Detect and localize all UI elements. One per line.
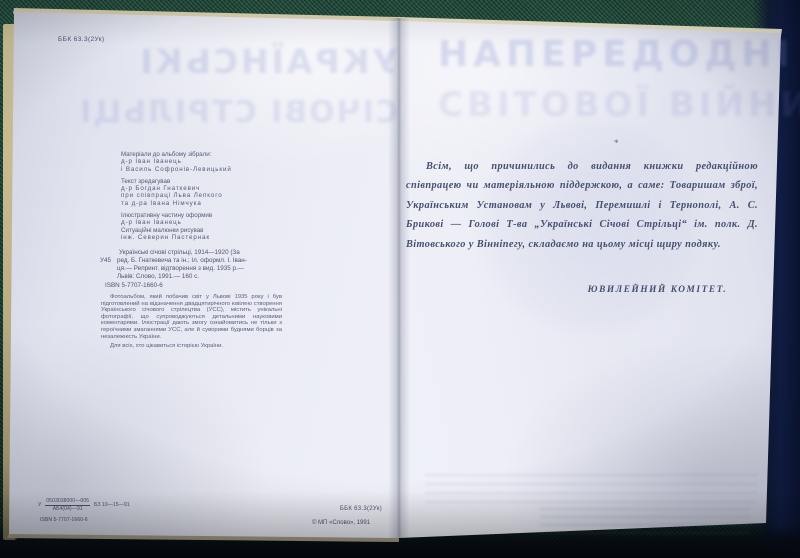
credits-line: при співпраці Льва Лепкого: [121, 192, 296, 199]
credits-block: Матеріали до альбому зібрали: д-р Іван І…: [121, 151, 296, 246]
section-asterisk: *: [614, 138, 619, 148]
annotation-tagline: Для всіх, хто цікавиться історією Україн…: [101, 343, 282, 350]
code-denominator: АБ4(04)—91: [53, 506, 83, 513]
ghost-text-line: НАПЕРЕДОДНІ: [438, 34, 768, 75]
credits-line: Текст зредагував: [121, 178, 296, 185]
bleedthrough-paragraph: [425, 474, 757, 504]
catalog-line: Львів: Слово, 1991.— 160 с.: [100, 273, 288, 281]
print-order-code: У 0503038000—005 АБ4(04)—91 БЗ 10—15—91: [38, 498, 130, 512]
left-page-bleedthrough-title: УКРАЇНСЬКІ СІЧОВІ СТРІЛЬЦІ: [150, 42, 398, 130]
isbn-footer: ISBN 5-7707-1660-6: [40, 517, 130, 523]
annotation-block: Фотоальбом, який побачив світ у Львові 1…: [101, 294, 282, 350]
ghost-text-line: СІЧОВІ СТРІЛЬЦІ: [150, 95, 398, 130]
catalog-line: Українські січові стрільці, 1914—1920 (З…: [100, 249, 288, 257]
bbk-classification-header: ББК 63.3(2Ук): [58, 36, 105, 43]
imprint-codes: У 0503038000—005 АБ4(04)—91 БЗ 10—15—91 …: [38, 498, 130, 523]
bleedthrough-paragraph: [540, 508, 750, 536]
dedication-paragraph: Всім, що причинились до видання книжки р…: [406, 157, 758, 254]
credits-line: Матеріали до альбому зібрали:: [121, 151, 296, 158]
ghost-text-line: УКРАЇНСЬКІ: [150, 42, 398, 81]
catalog-index-code: У45: [100, 257, 111, 265]
credits-group-compilers: Матеріали до альбому зібрали: д-р Іван І…: [121, 151, 296, 173]
code-suffix: БЗ 10—15—91: [94, 502, 130, 508]
credits-line: інж. Северин Пастернак: [121, 234, 296, 241]
catalog-line: ця.— Репринт. відтворення з вид. 1935 р.…: [100, 265, 288, 273]
code-numerator: 0503038000—005: [45, 498, 90, 506]
bbk-classification-footer: ББК 63.3(2Ук): [312, 506, 382, 512]
credits-line: д-р Іван Іванець: [121, 219, 296, 226]
catalog-isbn: ISBN 5-7707-1660-6: [100, 282, 288, 290]
credits-line: і Василь Софронів-Левицький: [121, 166, 296, 173]
code-letter: У: [38, 502, 41, 508]
code-fraction: 0503038000—005 АБ4(04)—91: [45, 498, 90, 512]
jubilee-committee-signature: ЮВИЛЕЙНИЙ КОМІТЕТ.: [555, 285, 760, 295]
catalog-line: ред. Б. Гнаткевича та ін.; Іл. оформл. І…: [100, 257, 288, 265]
credits-line: д-р Богдан Гнаткевич: [121, 185, 296, 192]
credits-group-editor: Текст зредагував д-р Богдан Гнаткевич пр…: [121, 178, 296, 207]
copyright-notice: © МП «Слово», 1991: [300, 520, 382, 526]
credits-line: Ілюстративну частину оформив: [121, 212, 296, 219]
credits-group-illustrators: Ілюстративну частину оформив д-р Іван Ів…: [121, 212, 296, 241]
annotation-text: Фотоальбом, який побачив світ у Львові 1…: [101, 294, 282, 340]
credits-line: Ситуаційні малюнки рисував: [121, 227, 296, 234]
credits-line: д-р Іван Іванець: [121, 158, 296, 165]
credits-line: та д-ра Івана Німчука: [121, 200, 296, 207]
catalog-card: У45 Українські січові стрільці, 1914—192…: [100, 249, 288, 290]
